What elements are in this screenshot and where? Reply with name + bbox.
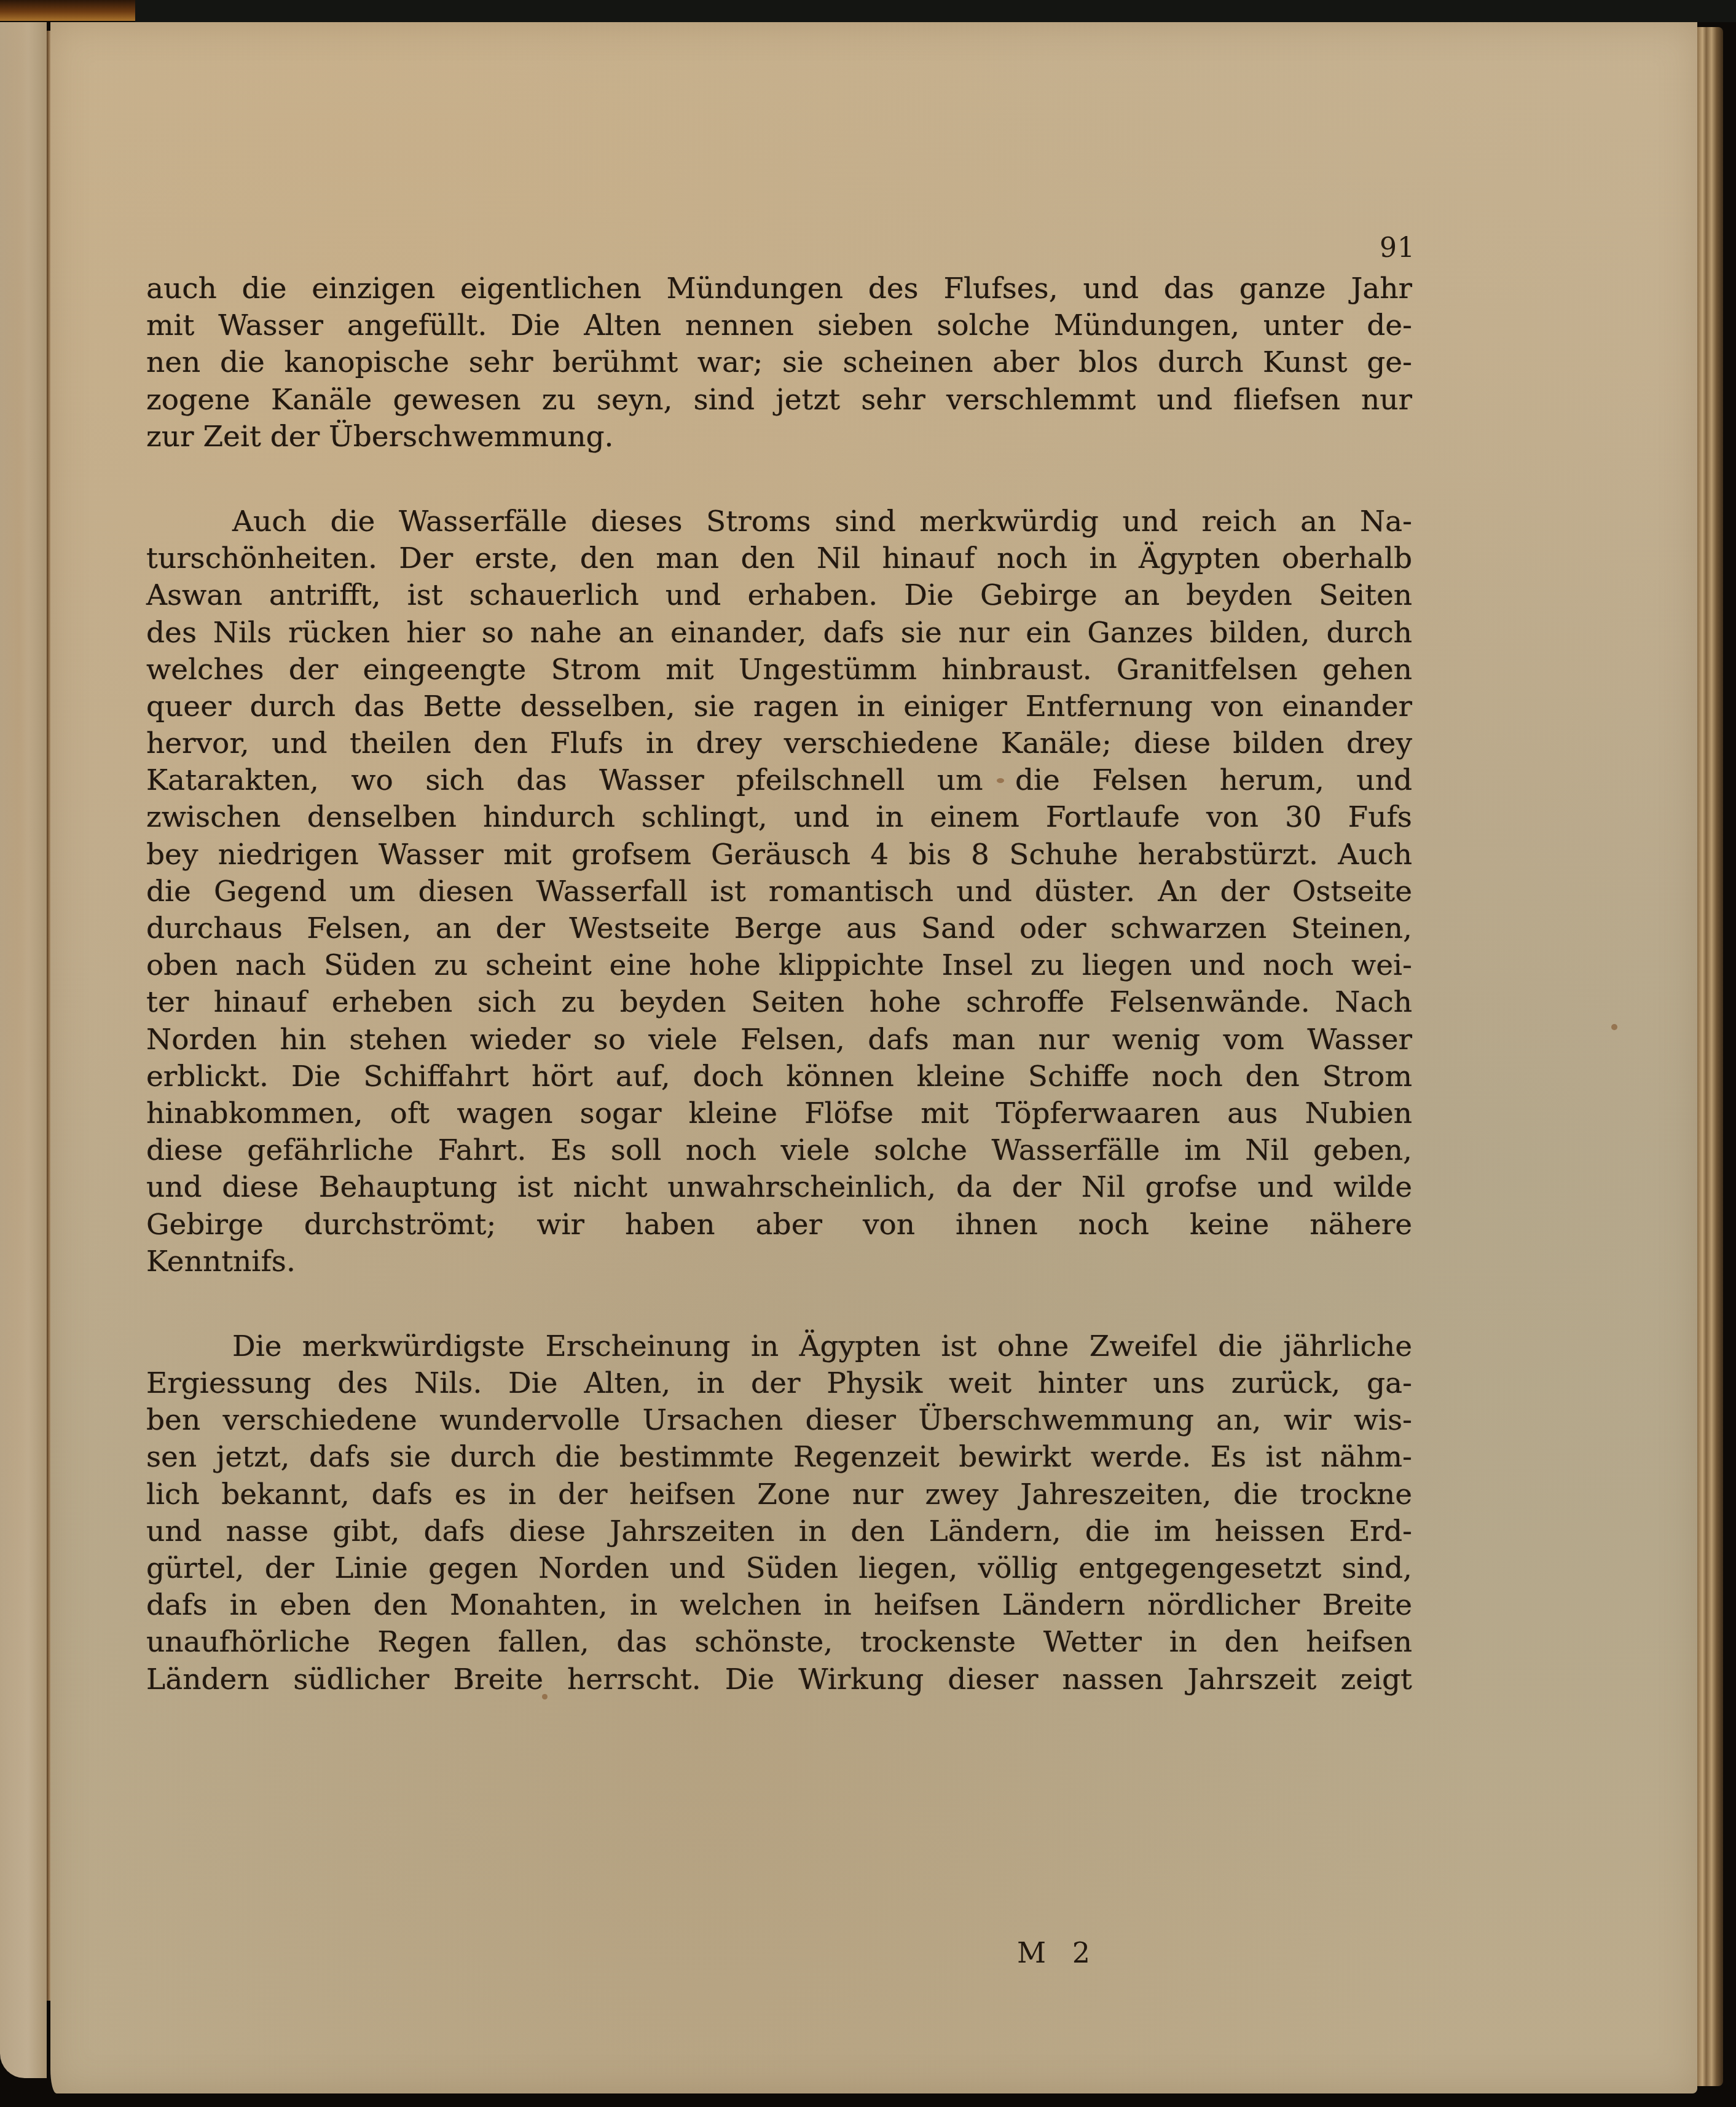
text-line: nen die kanopische sehr berühmt war; sie…	[146, 344, 1412, 381]
paragraph-2: Auch die Wasserfälle dieses Stroms sind …	[146, 503, 1412, 1280]
text-line: auch die einzigen eigentlichen Mündungen…	[146, 270, 1412, 307]
page-fore-edge	[1697, 27, 1723, 2086]
text-line: unaufhörliche Regen fallen, das schönste…	[146, 1624, 1412, 1661]
scan-bed-top	[135, 0, 1736, 22]
facing-page-strip	[0, 22, 47, 2078]
text-line: Kenntnifs.	[146, 1243, 1412, 1280]
text-line: durchaus Felsen, an der Westseite Berge …	[146, 910, 1412, 947]
text-line: lich bekannt, dafs es in der heifsen Zon…	[146, 1476, 1412, 1513]
text-line: und nasse gibt, dafs diese Jahrszeiten i…	[146, 1513, 1412, 1550]
text-line: ter hinauf erheben sich zu beyden Seiten…	[146, 984, 1412, 1021]
text-line: Ländern südlicher Breite herrscht. Die W…	[146, 1661, 1412, 1698]
text-line: welches der eingeengte Strom mit Ungestü…	[146, 652, 1412, 688]
text-line: oben nach Süden zu scheint eine hohe kli…	[146, 947, 1412, 984]
body-text: auch die einzigen eigentlichen Mündungen…	[146, 270, 1412, 1698]
text-line: Gebirge durchströmt; wir haben aber von …	[146, 1207, 1412, 1243]
text-line: Norden hin stehen wieder so viele Felsen…	[146, 1022, 1412, 1058]
paragraph-spacer	[146, 455, 1412, 503]
text-line: queer durch das Bette desselben, sie rag…	[146, 688, 1412, 725]
text-line: erblickt. Die Schiffahrt hört auf, doch …	[146, 1058, 1412, 1095]
text-line: Aswan antrifft, ist schauerlich und erha…	[146, 577, 1412, 614]
text-line: Katarakten, wo sich das Wasser pfeilschn…	[146, 762, 1412, 799]
paragraph-spacer	[146, 1280, 1412, 1328]
text-line: dafs in eben den Monahten, in welchen in…	[146, 1587, 1412, 1624]
text-line: Die merkwürdigste Erscheinung in Ägypten…	[146, 1328, 1412, 1365]
text-line: und diese Behauptung ist nicht unwahrsch…	[146, 1169, 1412, 1206]
paper-speck	[1611, 1024, 1617, 1030]
page-number: 91	[1380, 232, 1415, 264]
text-line: gürtel, der Linie gegen Norden und Süden…	[146, 1550, 1412, 1587]
text-line: bey niedrigen Wasser mit grofsem Geräusc…	[146, 837, 1412, 873]
text-line: des Nils rücken hier so nahe an einander…	[146, 615, 1412, 652]
text-line: turschönheiten. Der erste, den man den N…	[146, 540, 1412, 577]
text-line: zwischen denselben hindurch schlingt, un…	[146, 799, 1412, 836]
book-binding-top-edge	[0, 0, 135, 21]
text-line: zur Zeit der Überschwemmung.	[146, 419, 1412, 455]
signature-mark: M 2	[1017, 1936, 1099, 1969]
text-line: die Gegend um diesen Wasserfall ist roma…	[146, 873, 1412, 910]
paragraph-1: auch die einzigen eigentlichen Mündungen…	[146, 270, 1412, 455]
text-line: mit Wasser angefüllt. Die Alten nennen s…	[146, 307, 1412, 344]
text-line: hinabkommen, oft wagen sogar kleine Flöf…	[146, 1095, 1412, 1132]
text-line: sen jetzt, dafs sie durch die bestimmte …	[146, 1439, 1412, 1476]
text-line: zogene Kanäle gewesen zu seyn, sind jetz…	[146, 382, 1412, 419]
text-line: ben verschiedene wundervolle Ursachen di…	[146, 1402, 1412, 1439]
text-line: Ergiessung des Nils. Die Alten, in der P…	[146, 1365, 1412, 1402]
text-line: Auch die Wasserfälle dieses Stroms sind …	[146, 503, 1412, 540]
paragraph-3: Die merkwürdigste Erscheinung in Ägypten…	[146, 1328, 1412, 1698]
text-line: diese gefährliche Fahrt. Es soll noch vi…	[146, 1132, 1412, 1169]
text-line: hervor, und theilen den Flufs in drey ve…	[146, 725, 1412, 762]
